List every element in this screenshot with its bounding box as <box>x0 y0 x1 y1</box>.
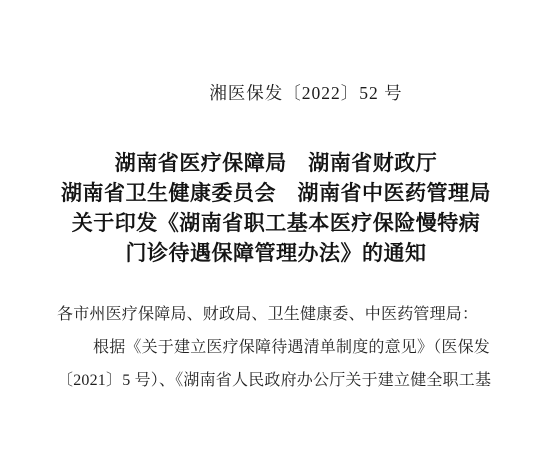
document-page: 湘医保发〔2022〕52 号 湖南省医疗保障局 湖南省财政厅 湖南省卫生健康委员… <box>0 0 552 453</box>
salutation-line: 各市州医疗保障局、财政局、卫生健康委、中医药管理局： <box>57 298 543 331</box>
paragraph-line-1: 根据《关于建立医疗保障待遇清单制度的意见》（医保发 <box>57 331 543 364</box>
document-title: 湖南省医疗保障局 湖南省财政厅 湖南省卫生健康委员会 湖南省中医药管理局 关于印… <box>0 149 552 269</box>
paragraph-line-2: 〔2021〕5 号）、《湖南省人民政府办公厅关于建立健全职工基 <box>57 364 543 397</box>
document-body: 各市州医疗保障局、财政局、卫生健康委、中医药管理局： 根据《关于建立医疗保障待遇… <box>57 298 543 397</box>
document-number: 湘医保发〔2022〕52 号 <box>30 82 552 104</box>
title-line-2: 湖南省卫生健康委员会 湖南省中医药管理局 <box>0 179 552 209</box>
title-line-1: 湖南省医疗保障局 湖南省财政厅 <box>0 149 552 179</box>
title-line-4: 门诊待遇保障管理办法》的通知 <box>0 239 552 269</box>
title-line-3: 关于印发《湖南省职工基本医疗保险慢特病 <box>0 209 552 239</box>
